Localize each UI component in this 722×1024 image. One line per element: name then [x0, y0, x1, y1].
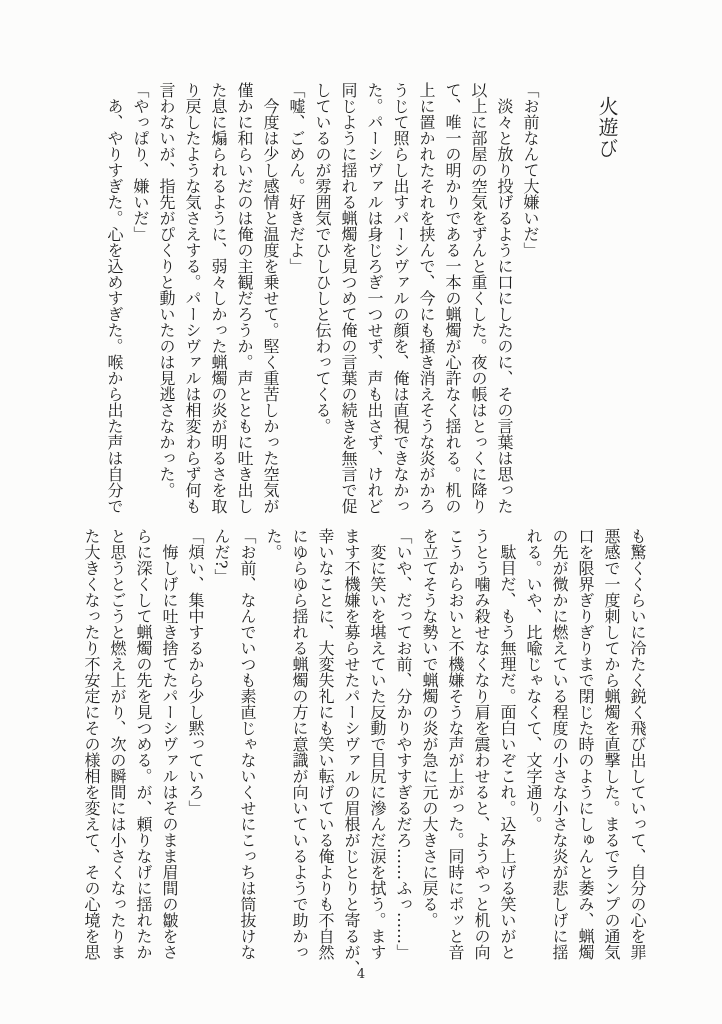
text-line: 僅かに和らいだのは俺の主観だろうか。声とともに吐き出し: [231, 82, 257, 520]
text-line: しているのが雰囲気でひしひしと伝わってくる。: [309, 82, 335, 520]
text-line: た。: [260, 528, 286, 966]
text-line: り戻したような気さえする。パーシヴァルは相変わらず何も: [179, 82, 205, 520]
text-line: こうからおいと不機嫌そうな声が上がった。同時にポッと音: [442, 528, 468, 966]
text-line: 同じように揺れる蝋燭を見つめて俺の言葉の続きを無言で促: [335, 82, 361, 520]
text-line: 「お前なんて大嫌いだ」: [517, 82, 543, 520]
text-block-upper: 「お前なんて大嫌いだ」淡々と放り投げるように口にしたのに、その言葉は思った以上に…: [93, 82, 543, 520]
text-line: た。パーシヴァルは身じろぎ一つせず、声も出さず、けれど: [361, 82, 387, 520]
text-line: らに深くして蝋燭の先を見つめる。が、頼りなげに揺れたか: [130, 528, 156, 966]
text-line: 「嘘、ごめん。好きだよ」: [283, 82, 309, 520]
text-line: た息に煽られるように、弱々しかった蝋燭の炎が明るさを取: [205, 82, 231, 520]
text-line: んだ?」: [208, 528, 234, 966]
page-number: 4: [0, 967, 722, 982]
text-line: れる。いや、比喩じゃなくて、文字通り。: [520, 528, 546, 966]
text-line: うとう噛み殺せなくなり肩を震わせると、ようやっと机の向: [468, 528, 494, 966]
text-line: 「煩い、集中するから少し黙っていろ」: [182, 528, 208, 966]
text-line: を立てそうな勢いで蝋燭の炎が急に元の大きさに戻る。: [416, 528, 442, 966]
text-line: 悪感で一度刺してから蝋燭を直撃した。まるでランプの通気: [598, 528, 624, 966]
text-line: も驚くくらいに冷たく鋭く飛び出していって、自分の心を罪: [624, 528, 650, 966]
document-page: 火遊び 「お前なんて大嫌いだ」淡々と放り投げるように口にしたのに、その言葉は思っ…: [0, 0, 722, 1024]
text-line: あ、やりすぎた。心を込めすぎた。喉から出た声は自分で: [101, 82, 127, 520]
text-line: の先が微かに燃えている程度の小さな小さな炎が悲しげに揺: [546, 528, 572, 966]
text-line: 駄目だ、もう無理だ。面白いぞこれ。込み上げる笑いがと: [494, 528, 520, 966]
text-line: 口を限界ぎりぎりまで閉じた時のようにしゅんと萎み、蝋燭: [572, 528, 598, 966]
text-line: て、唯一の明かりである一本の蝋燭が心許なく揺れる。机の: [439, 82, 465, 520]
text-line: た大きくなったり不安定にその様相を変えて、その心境を思: [78, 528, 104, 966]
text-line: 以上に部屋の空気をずんと重くした。夜の帳はとっくに降り: [465, 82, 491, 520]
text-line: 上に置かれたそれを挟んで、今にも掻き消えそうな炎がかろ: [413, 82, 439, 520]
text-line: うじて照らし出すパーシヴァルの顔を、俺は直視できなかっ: [387, 82, 413, 520]
text-line: 変に笑いを堪えていた反動で目尻に滲んだ涙を拭う。ます: [364, 528, 390, 966]
text-line: 淡々と放り投げるように口にしたのに、その言葉は思った: [491, 82, 517, 520]
text-line: 「お前、なんでいつも素直じゃないくせにこっちは筒抜けな: [234, 528, 260, 966]
text-line: 今度は少し感情と温度を乗せて。堅く重苦しかった空気が: [257, 82, 283, 520]
text-line: ます不機嫌を募らせたパーシヴァルの眉根がじとりと寄るが、: [338, 528, 364, 966]
text-line: 悔しげに吐き捨てたパーシヴァルはそのまま眉間の皺をさ: [156, 528, 182, 966]
text-line: にゆらゆら揺れる蝋燭の方に意識が向いているようで助かっ: [286, 528, 312, 966]
text-line: 幸いなことに、大変失礼にも笑い転げている俺よりも不自然: [312, 528, 338, 966]
text-line: 「やっぱり、嫌いだ」: [127, 82, 153, 520]
text-line: 言わないが、指先がぴくりと動いたのは見逃さなかった。: [153, 82, 179, 520]
text-line: 「いや、だってお前、分かりやすすぎるだろ……ふっ……」: [390, 528, 416, 966]
story-title: 火遊び: [593, 96, 622, 296]
text-block-lower: も驚くくらいに冷たく鋭く飛び出していって、自分の心を罪悪感で一度刺してから蝋燭を…: [76, 528, 650, 966]
text-line: と思うとごうと燃え上がり、次の瞬間には小さくなったりま: [104, 528, 130, 966]
